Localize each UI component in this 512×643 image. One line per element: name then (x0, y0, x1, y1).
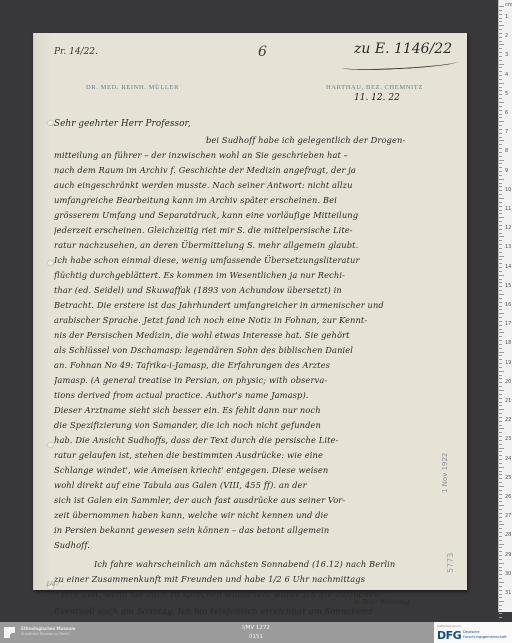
ruler-tick (499, 29, 502, 30)
ruler-tick (499, 21, 502, 22)
ruler-tick (499, 248, 502, 249)
ruler-tick (499, 87, 502, 88)
ruler-tick (499, 14, 502, 15)
ruler-tick (499, 233, 502, 234)
ruler-tick (499, 213, 502, 214)
ruler-tick (499, 540, 502, 541)
ruler-tick (499, 509, 502, 510)
closing-line: – Ihre Zeit, wenn Sie mich zu sprechen w… (54, 589, 379, 603)
ruler-tick (499, 133, 502, 134)
ruler-tick (499, 363, 502, 364)
body-line: umfangreiche Bearbeitung kann im Archiv … (54, 195, 337, 209)
punch-hole (48, 261, 53, 265)
ruler-tick (499, 256, 504, 257)
body-line: jederzeit erscheinen. Gleichzeitig riet … (54, 225, 353, 239)
ruler-label: 21 (505, 398, 511, 404)
ruler-tick (499, 402, 502, 403)
ruler-tick (499, 325, 502, 326)
ruler-label: 28 (505, 532, 511, 538)
ruler-tick (499, 148, 502, 149)
body-line: tions derived from actual practice. Auth… (54, 390, 309, 404)
ruler-tick (499, 221, 502, 222)
body-line: Betracht. Die erstere ist das Jahrhunder… (54, 300, 384, 314)
ruler-tick (499, 451, 502, 452)
ruler-tick (499, 37, 502, 38)
ruler-label: 7 (505, 129, 508, 135)
ruler-tick (499, 18, 502, 19)
ruler-label: 16 (505, 302, 511, 308)
ruler-tick (499, 67, 502, 68)
ruler-tick (499, 501, 502, 502)
ruler-label: 25 (505, 475, 511, 481)
body-line: Schlange windet', wie Ameisen kriecht' e… (54, 465, 328, 479)
ruler-tick (499, 355, 502, 356)
ruler-tick (499, 60, 502, 61)
ruler-tick (499, 290, 502, 291)
ruler-tick (499, 605, 502, 606)
ruler-label: 23 (505, 436, 511, 442)
ruler-tick (499, 521, 502, 522)
ruler-tick (499, 544, 504, 545)
ruler-tick (499, 371, 504, 372)
ruler-tick (499, 555, 502, 556)
ruler-label: 30 (505, 571, 511, 577)
ruler-label: 22 (505, 417, 511, 423)
ruler-tick (499, 597, 502, 598)
ruler-tick (499, 478, 502, 479)
ruler-tick (499, 375, 502, 376)
ruler-tick (499, 90, 502, 91)
ruler-tick (499, 198, 504, 199)
ruler-tick (499, 94, 502, 95)
ruler-tick (499, 482, 502, 483)
ruler-tick (499, 367, 502, 368)
ruler-label: 3 (505, 52, 508, 58)
ruler-tick (499, 428, 504, 429)
ruler-tick (499, 25, 504, 26)
ruler-tick (499, 528, 502, 529)
ruler-label: 14 (505, 264, 511, 270)
footer-bar: Ethnologisches Museum Staatliche Museen … (0, 622, 512, 643)
ruler-tick (499, 252, 502, 253)
ruler-unit: cm (505, 2, 512, 8)
reference-note: Pr. 14/22. (54, 47, 98, 57)
ruler-tick (499, 348, 502, 349)
closing-line: Ich fahre wahrscheinlich am nächsten Son… (94, 559, 395, 573)
ruler-tick (499, 144, 502, 145)
ruler-tick (499, 474, 502, 475)
ruler-tick (499, 79, 502, 80)
measurement-ruler: cm 1234567891011121314151617181920212223… (498, 0, 512, 612)
funder-label: Gefördert durch (437, 624, 461, 628)
ruler-tick (499, 455, 502, 456)
ruler-tick (499, 601, 504, 602)
ruler-tick (499, 298, 502, 299)
ruler-tick (499, 10, 502, 11)
ruler-tick (499, 210, 502, 211)
ruler-label: 10 (505, 187, 511, 193)
ruler-tick (499, 75, 502, 76)
ruler-tick (499, 83, 504, 84)
ruler-tick (499, 183, 502, 184)
ruler-tick (499, 517, 502, 518)
ruler-tick (499, 271, 502, 272)
ruler-tick (499, 532, 502, 533)
ruler-tick (499, 524, 504, 525)
ruler-label: 29 (505, 552, 511, 558)
ruler-tick (499, 582, 504, 583)
ruler-tick (499, 563, 504, 564)
ruler-tick (499, 140, 504, 141)
body-line: sich ist Galen ein Sammler, der auch fas… (54, 495, 345, 509)
ruler-tick (499, 240, 502, 241)
ruler-label: 20 (505, 379, 511, 385)
ruler-tick (499, 71, 502, 72)
body-line: wohl direkt auf eine Tabula aus Galen (V… (54, 480, 307, 494)
ruler-tick (499, 421, 502, 422)
ruler-tick (499, 463, 502, 464)
ruler-tick (499, 64, 504, 65)
closing-line: Eventuell auch am Sonntag. Ich bin telef… (54, 606, 373, 620)
body-line: Sudhoff. (54, 540, 90, 554)
ruler-label: 17 (505, 321, 511, 327)
body-line: Jamasp. (A general treatise in Persian, … (54, 375, 327, 389)
ruler-tick (499, 263, 502, 264)
ruler-label: 13 (505, 244, 511, 250)
ruler-tick (499, 259, 502, 260)
ruler-tick (499, 547, 502, 548)
ruler-tick (499, 378, 502, 379)
ruler-tick (499, 194, 502, 195)
date-stamp: 1 Nov 1922 (441, 453, 449, 493)
ruler-label: 19 (505, 360, 511, 366)
body-line: an. Fohnan No 49: Tafrika-i-Jamasp, die … (54, 360, 330, 374)
ruler-tick (499, 559, 502, 560)
salutation: Sehr geehrter Herr Professor, (54, 119, 191, 133)
ruler-tick (499, 52, 502, 53)
ruler-tick (499, 56, 502, 57)
funder-name-line2: Forschungsgemeinschaft (463, 635, 507, 639)
ruler-tick (499, 329, 502, 330)
body-line: nach dem Raum im Archiv f. Geschichte de… (54, 165, 356, 179)
ruler-tick (499, 190, 502, 191)
letter-date: 11. 12. 22 (354, 93, 400, 103)
ruler-tick (499, 617, 502, 618)
ruler-tick (499, 244, 502, 245)
ruler-label: 8 (505, 148, 508, 154)
body-line: Dieser Arztname sieht sich besser ein. E… (54, 405, 321, 419)
body-line: nis der Persischen Medizin, die wohl etw… (54, 330, 350, 344)
ruler-tick (499, 217, 504, 218)
letterhead-place: HARTHAU, BEZ. CHEMNITZ (326, 84, 423, 91)
ruler-tick (499, 386, 502, 387)
ruler-tick (499, 440, 502, 441)
ruler-tick (499, 48, 502, 49)
ruler-tick (499, 317, 502, 318)
body-line: auch eingeschränkt werden musste. Nach s… (54, 180, 353, 194)
body-line: flüchtig durchgeblättert. Es kommen im W… (54, 270, 345, 284)
ruler-tick (499, 160, 504, 161)
ruler-tick (499, 352, 504, 353)
ruler-tick (499, 229, 502, 230)
funder-name-line1: Deutsche (463, 630, 480, 634)
ruler-tick (499, 578, 502, 579)
ruler-tick (499, 279, 502, 280)
ruler-tick (499, 425, 502, 426)
body-line: zeit übernommen haben kann, welche wir n… (54, 510, 328, 524)
ruler-label: 11 (505, 206, 511, 212)
ruler-tick (499, 309, 502, 310)
ruler-tick (499, 286, 502, 287)
letterhead-sender: DR. MED. REINH. MÜLLER (86, 84, 179, 91)
punch-hole (48, 443, 53, 447)
ruler-tick (499, 486, 504, 487)
body-line: Ich habe schon einmal diese, wenig umfas… (54, 255, 360, 269)
ruler-label: 31 (505, 590, 511, 596)
body-line: als Schlüssel von Dschamasp: legendären … (54, 345, 353, 359)
body-line: ratur nachzusehen, an deren Übermittelun… (54, 240, 358, 254)
ruler-tick (499, 448, 504, 449)
ruler-tick (499, 267, 502, 268)
ruler-tick (499, 567, 502, 568)
punch-hole (48, 121, 53, 125)
letter-page: Pr. 14/22. 6 zu E. 1146/22 DR. MED. REIN… (33, 33, 467, 590)
ruler-tick (499, 163, 502, 164)
ruler-tick (499, 6, 504, 7)
ruler-tick (499, 394, 502, 395)
ruler-tick (499, 332, 504, 333)
ruler-tick (499, 613, 502, 614)
ruler-tick (499, 275, 504, 276)
ruler-tick (499, 98, 502, 99)
ruler-tick (499, 432, 502, 433)
archive-underline (342, 57, 458, 72)
ruler-tick (499, 398, 502, 399)
ruler-tick (499, 417, 502, 418)
ruler-tick (499, 167, 502, 168)
ruler-label: 24 (505, 456, 511, 462)
dfg-logo-icon: DFG (437, 629, 461, 642)
ruler-tick (499, 570, 502, 571)
ruler-label: 15 (505, 283, 511, 289)
body-line: arabischer Sprache. Jetzt fand ich noch … (54, 315, 367, 329)
ruler-label: 27 (505, 513, 511, 519)
ruler-tick (499, 551, 502, 552)
closing-line: zu einer Zusammenkunft mit Freunden und … (54, 574, 365, 588)
ruler-tick (499, 302, 502, 303)
body-line: die Spezifizierung von Samander, die ich… (54, 420, 321, 434)
ruler-tick (499, 225, 502, 226)
ruler-tick (499, 121, 504, 122)
ruler-label: 12 (505, 225, 511, 231)
ruler-tick (499, 490, 502, 491)
funder-name: DeutscheForschungsgemeinschaft (463, 630, 507, 639)
ruler-tick (499, 125, 502, 126)
body-line: bei Sudhoff habe ich gelegentlich der Dr… (206, 135, 405, 149)
ruler-tick (499, 137, 502, 138)
ruler-tick (499, 467, 504, 468)
ruler-tick (499, 321, 502, 322)
ruler-tick (499, 436, 502, 437)
ruler-tick (499, 106, 502, 107)
ruler-tick (499, 114, 502, 115)
ruler-tick (499, 340, 502, 341)
ruler-label: 2 (505, 33, 508, 39)
ruler-tick (499, 390, 504, 391)
ruler-tick (499, 594, 502, 595)
ruler-tick (499, 236, 504, 237)
ruler-tick (499, 33, 502, 34)
ruler-label: 5 (505, 91, 508, 97)
ruler-tick (499, 498, 502, 499)
ruler-tick (499, 117, 502, 118)
page-number: 6 (258, 44, 267, 60)
ruler-tick (499, 313, 504, 314)
ruler-tick (499, 536, 502, 537)
ruler-tick (499, 102, 504, 103)
body-line: mitteilung an führer – der inzwischen wo… (54, 150, 348, 164)
inventory-stamp: 5773 (446, 553, 455, 573)
pencil-note: 1/47 (46, 581, 59, 588)
body-line: hab. Die Ansicht Sudhoffs, dass der Text… (54, 435, 338, 449)
ruler-tick (499, 306, 502, 307)
ruler-tick (499, 344, 502, 345)
ruler-tick (499, 359, 502, 360)
ruler-label: 18 (505, 340, 511, 346)
ruler-tick (499, 294, 504, 295)
ruler-tick (499, 336, 502, 337)
ruler-tick (499, 179, 504, 180)
ruler-tick (499, 471, 502, 472)
ruler-tick (499, 494, 502, 495)
ruler-tick (499, 513, 502, 514)
ruler-tick (499, 382, 502, 383)
ruler-label: 6 (505, 110, 508, 116)
ruler-tick (499, 609, 502, 610)
body-line: thar (ed. Seidel) und Skuwaffak (1893 vo… (54, 285, 342, 299)
ruler-tick (499, 41, 502, 42)
ruler-tick (499, 171, 502, 172)
ruler-tick (499, 413, 502, 414)
ruler-label: 26 (505, 494, 511, 500)
ruler-tick (499, 586, 502, 587)
ruler-tick (499, 152, 502, 153)
ruler-label: 4 (505, 72, 508, 78)
ruler-tick (499, 156, 502, 157)
ruler-tick (499, 110, 502, 111)
ruler-tick (499, 44, 504, 45)
ruler-tick (499, 186, 502, 187)
ruler-tick (499, 282, 502, 283)
ruler-tick (499, 574, 502, 575)
ruler-tick (499, 206, 502, 207)
document-viewer: Pr. 14/22. 6 zu E. 1146/22 DR. MED. REIN… (0, 0, 498, 622)
ruler-tick (499, 409, 504, 410)
ruler-tick (499, 405, 502, 406)
body-line: in Persien bekannt gewesen sein können –… (54, 525, 329, 539)
body-line: grösserem Umfang und Separatdruck, kann … (54, 210, 358, 224)
ruler-tick (499, 444, 502, 445)
body-line: ratur gelaufen ist, stehen die bestimmte… (54, 450, 323, 464)
ruler-tick (499, 459, 502, 460)
funder-badge: Gefördert durch DFG DeutscheForschungsge… (434, 622, 512, 643)
ruler-tick (499, 590, 502, 591)
ruler-tick (499, 202, 502, 203)
archive-number: zu E. 1146/22 (354, 41, 452, 57)
ruler-label: 9 (505, 168, 508, 174)
ruler-tick (499, 505, 504, 506)
ruler-tick (499, 175, 502, 176)
ruler-tick (499, 129, 502, 130)
ruler-label: 1 (505, 14, 508, 20)
